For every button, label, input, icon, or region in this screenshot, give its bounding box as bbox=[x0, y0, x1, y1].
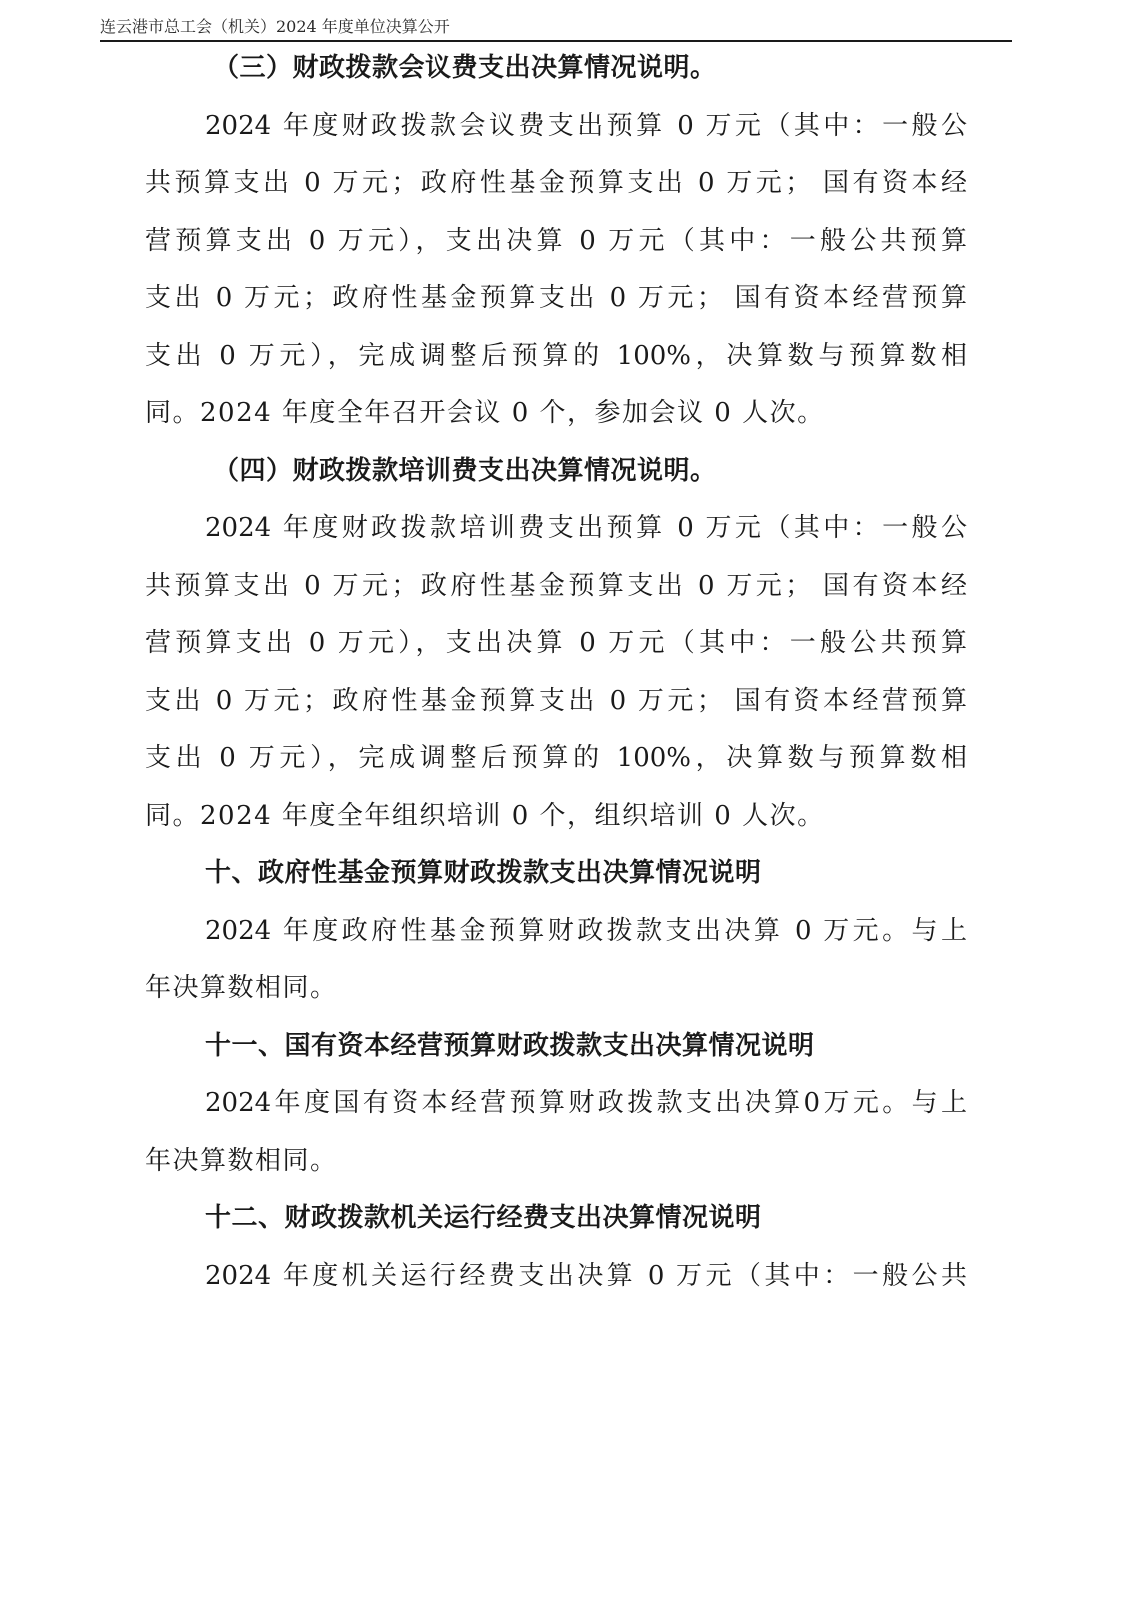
paragraph-line: 2024 年度财政拨款培训费支出预算 0 万元（其中：一般公 bbox=[145, 500, 967, 558]
paragraph-line: 同。2024 年度全年组织培训 0 个，组织培训 0 人次。 bbox=[145, 788, 967, 846]
paragraph-line: 支出 0 万元），完成调整后预算的 100%，决算数与预算数相 bbox=[145, 328, 967, 386]
paragraph-line: 2024 年度政府性基金预算财政拨款支出决算 0 万元。与上 bbox=[145, 903, 967, 961]
paragraph-line: 2024 年度机关运行经费支出决算 0 万元（其中：一般公共 bbox=[145, 1248, 967, 1306]
paragraph-line: 支出 0 万元；政府性基金预算支出 0 万元； 国有资本经营预算 bbox=[145, 270, 967, 328]
paragraph-line: 年决算数相同。 bbox=[145, 1133, 967, 1191]
paragraph-line: 营预算支出 0 万元），支出决算 0 万元（其中：一般公共预算 bbox=[145, 615, 967, 673]
paragraph-line: 支出 0 万元），完成调整后预算的 100%，决算数与预算数相 bbox=[145, 730, 967, 788]
section-heading-meeting-fees: （三）财政拨款会议费支出决算情况说明。 bbox=[145, 40, 967, 98]
document-header-title: 连云港市总工会（机关）2024 年度单位决算公开 bbox=[100, 16, 1010, 38]
paragraph-line: 共预算支出 0 万元；政府性基金预算支出 0 万元； 国有资本经 bbox=[145, 155, 967, 213]
paragraph-line: 共预算支出 0 万元；政府性基金预算支出 0 万元； 国有资本经 bbox=[145, 558, 967, 616]
paragraph-line: 支出 0 万元；政府性基金预算支出 0 万元； 国有资本经营预算 bbox=[145, 673, 967, 731]
paragraph-line: 年决算数相同。 bbox=[145, 960, 967, 1018]
section-heading-government-fund: 十、政府性基金预算财政拨款支出决算情况说明 bbox=[145, 845, 967, 903]
page-header: 连云港市总工会（机关）2024 年度单位决算公开 bbox=[100, 16, 1010, 38]
document-body: （三）财政拨款会议费支出决算情况说明。 2024 年度财政拨款会议费支出预算 0… bbox=[145, 40, 967, 1305]
section-heading-state-capital: 十一、国有资本经营预算财政拨款支出决算情况说明 bbox=[145, 1018, 967, 1076]
paragraph-line: 2024年度国有资本经营预算财政拨款支出决算0万元。与上 bbox=[145, 1075, 967, 1133]
section-heading-training-fees: （四）财政拨款培训费支出决算情况说明。 bbox=[145, 443, 967, 501]
section-heading-operating-expenses: 十二、财政拨款机关运行经费支出决算情况说明 bbox=[145, 1190, 967, 1248]
paragraph-line: 营预算支出 0 万元），支出决算 0 万元（其中：一般公共预算 bbox=[145, 213, 967, 271]
paragraph-line: 同。2024 年度全年召开会议 0 个，参加会议 0 人次。 bbox=[145, 385, 967, 443]
paragraph-line: 2024 年度财政拨款会议费支出预算 0 万元（其中：一般公 bbox=[145, 98, 967, 156]
